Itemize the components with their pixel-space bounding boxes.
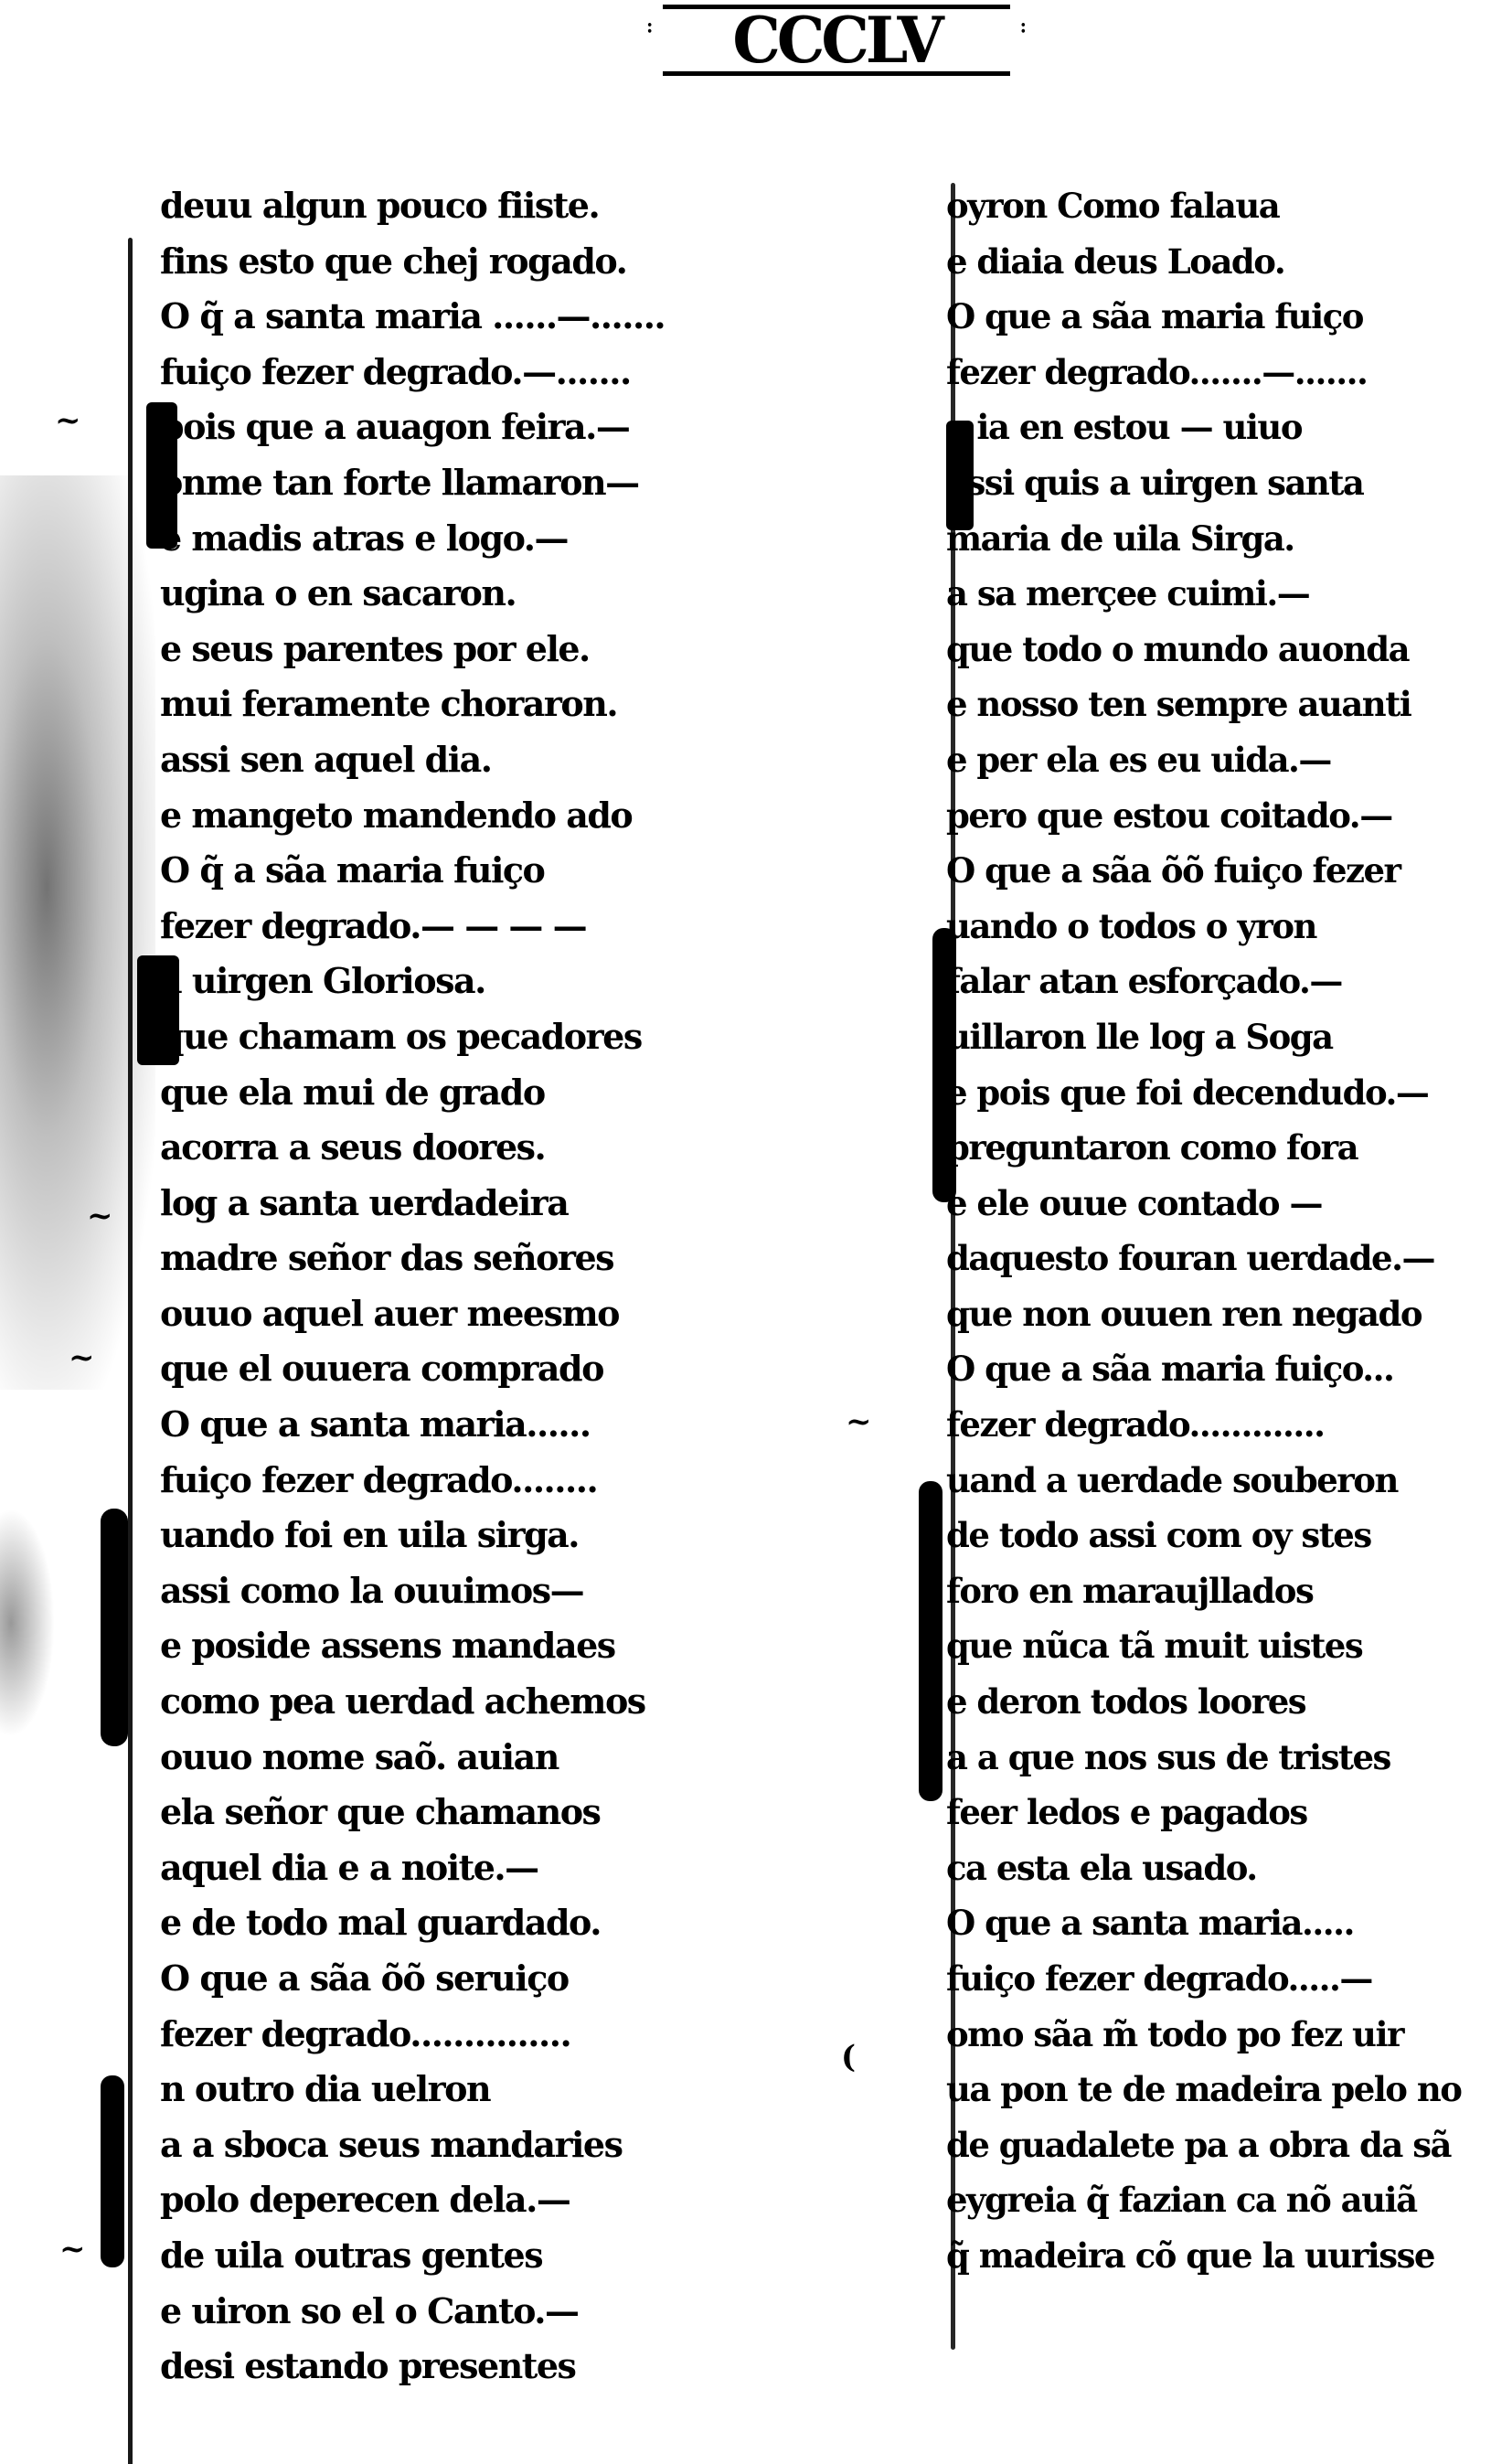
decorated-initial-q — [919, 1481, 943, 1801]
text-line: que el ouuera comprado — [160, 1341, 672, 1397]
text-line: uando foi en uila sirga. — [160, 1508, 672, 1563]
text-line: ouuo aquel auer meesmo — [160, 1286, 672, 1342]
text-line: e deron todos loores — [946, 1674, 1486, 1730]
left-column-rule — [128, 238, 133, 2464]
text-line: e uiron so el o Canto.— — [160, 2284, 672, 2340]
text-line: a sa merçee cuimi.— — [946, 566, 1486, 622]
margin-flourish-icon: ~ — [69, 1339, 95, 1376]
text-line: foro en maraujllados — [946, 1563, 1486, 1619]
text-line: ca esta ela usado. — [946, 1840, 1486, 1896]
text-line: maria de uila Sirga. — [946, 511, 1486, 567]
text-line: polo deperecen dela.— — [160, 2172, 672, 2228]
decorated-initial-e — [101, 2075, 124, 2267]
text-line: fuiço fezer degrado........ — [160, 1453, 672, 1509]
text-line: e mangeto mandendo ado — [160, 788, 672, 844]
text-line: aquel dia e a noite.— — [160, 1840, 672, 1896]
text-line: O que a santa maria...... — [160, 1397, 672, 1453]
text-line: fuiço fezer degrado.—....... — [160, 345, 672, 400]
text-line: que todo o mundo auonda — [946, 622, 1486, 677]
text-line: onme tan forte llamaron— — [160, 455, 672, 511]
text-line: de todo assi com oy stes — [946, 1508, 1486, 1563]
text-line: fezer degrado.— — — — — [160, 899, 672, 955]
text-line: de uila outras gentes — [160, 2228, 672, 2284]
margin-flourish-icon: ~ — [87, 1198, 113, 1234]
text-line: e poside assens mandaes — [160, 1618, 672, 1674]
text-line: madre señor das señores — [160, 1231, 672, 1286]
text-line: n outro dia uelron — [160, 2062, 672, 2117]
text-line: fezer degrado.......—....... — [946, 345, 1486, 400]
text-line: de guadalete pa a obra da sã — [946, 2117, 1486, 2173]
decorated-initial-q — [101, 1509, 128, 1746]
text-line: log a santa uerdadeira — [160, 1176, 672, 1232]
text-line: e nosso ten sempre auanti — [946, 677, 1486, 732]
decorative-dot: : — [1020, 16, 1027, 36]
text-line: ugina o en sacaron. — [160, 566, 672, 622]
text-line: fins esto que chej rogado. — [160, 234, 672, 290]
text-line: O que a sãa maria fuiço — [946, 289, 1486, 345]
text-line: O q̃ a sãa maria fuiço — [160, 843, 672, 899]
left-text-column: deuu algun pouco fiiste. fins esto que c… — [160, 178, 672, 2395]
text-line: uillaron lle log a Soga — [946, 1009, 1486, 1065]
text-line: O que a sãa õõ fuiço fezer — [946, 843, 1486, 899]
text-line: omo sãa m̃ todo po fez uir — [946, 2007, 1486, 2063]
text-line: oyron Como falaua — [946, 178, 1486, 234]
text-line: assi como la ouuimos— — [160, 1563, 672, 1619]
text-line: uando o todos o yron — [946, 899, 1486, 955]
text-line: O que a sãa maria fuiço... — [946, 1341, 1486, 1397]
text-line: q̃ madeira cõ que la uurisse — [946, 2228, 1486, 2284]
folio-number-header: : CCCLV : — [663, 5, 1010, 76]
text-line: ua pon te de madeira pelo no — [946, 2062, 1486, 2117]
text-line: acorra a seus doores. — [160, 1120, 672, 1176]
text-line: e per ela es eu uida.— — [946, 732, 1486, 788]
text-line: que nũca tã muit uistes — [946, 1618, 1486, 1674]
text-line: e ia en estou — uiuo — [946, 400, 1486, 455]
text-line: desi estando presentes — [160, 2339, 672, 2395]
text-line: fuiço fezer degrado.....— — [946, 1951, 1486, 2007]
text-line: falar atan esforçado.— — [946, 954, 1486, 1009]
text-line: e de todo mal guardado. — [160, 1895, 672, 1951]
decorative-dot: : — [646, 16, 653, 36]
text-line: e pois que foi decendudo.— — [946, 1065, 1486, 1121]
margin-flourish-icon: ~ — [846, 1403, 872, 1440]
text-line: assi quis a uirgen santa — [946, 455, 1486, 511]
text-line: mui feramente choraron. — [160, 677, 672, 732]
text-line: fezer degrado............... — [160, 2007, 672, 2063]
text-line: a a que nos sus de tristes — [946, 1730, 1486, 1786]
text-line: fezer degrado............. — [946, 1397, 1486, 1453]
text-line: e diaia deus Loado. — [946, 234, 1486, 290]
text-line: que non ouuen ren negado — [946, 1286, 1486, 1342]
text-line: como pea uerdad achemos — [160, 1674, 672, 1730]
text-line: a uirgen Gloriosa. — [160, 954, 672, 1009]
page-stain — [0, 1509, 55, 1737]
text-line: daquesto fouran uerdade.— — [946, 1231, 1486, 1286]
text-line: pois que a auagon feira.— — [160, 400, 672, 455]
text-line: eygreia q̃ fazian ca nõ auiã — [946, 2172, 1486, 2228]
text-line: uand a uerdade souberon — [946, 1453, 1486, 1509]
text-line: ela señor que chamanos — [160, 1785, 672, 1840]
text-line: assi sen aquel dia. — [160, 732, 672, 788]
text-line: que ela mui de grado — [160, 1065, 672, 1121]
text-line: O que a santa maria..... — [946, 1895, 1486, 1951]
text-line: O q̃ a santa maria ......—....... — [160, 289, 672, 345]
margin-flourish-icon: ( — [841, 2039, 856, 2075]
text-line: preguntaron como fora — [946, 1120, 1486, 1176]
text-line: e madis atras e logo.— — [160, 511, 672, 567]
text-line: feer ledos e pagados — [946, 1785, 1486, 1840]
text-line: e ele ouue contado — — [946, 1176, 1486, 1232]
text-line: que chamam os pecadores — [160, 1009, 672, 1065]
margin-flourish-icon: ~ — [55, 402, 81, 439]
text-line: pero que estou coitado.— — [946, 788, 1486, 844]
right-text-column: oyron Como falaua e diaia deus Loado. O … — [946, 178, 1486, 2284]
text-line: a a sboca seus mandaries — [160, 2117, 672, 2173]
text-line: ouuo nome saõ. auian — [160, 1730, 672, 1786]
text-line: O que a sãa õõ seruiço — [160, 1951, 672, 2007]
margin-flourish-icon: ~ — [59, 2231, 86, 2267]
folio-number: CCCLV — [732, 8, 940, 71]
text-line: deuu algun pouco fiiste. — [160, 178, 672, 234]
text-line: e seus parentes por ele. — [160, 622, 672, 677]
